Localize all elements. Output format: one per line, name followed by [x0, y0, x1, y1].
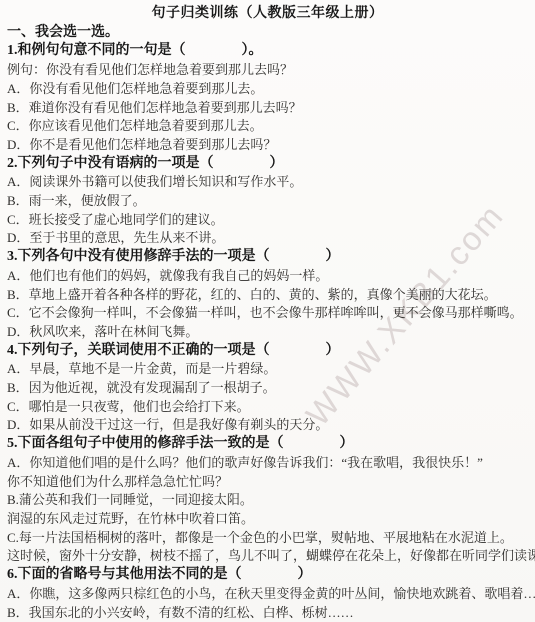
worksheet-content: 句子归类训练（人教版三年级上册） 一、我会选一选。 1.和例句句意不同的一句是（… [0, 5, 535, 622]
question-3-line-1: A．他们也有他们的妈妈，就像我有我自己的妈妈一样。 [0, 267, 535, 286]
question-6-stem: 6.下面的省略号与其他用法不同的是（ ） [0, 566, 535, 585]
question-block-3: 3.下列各句中没有使用修辞手法的一项是（ ）A．他们也有他们的妈妈，就像我有我自… [0, 248, 535, 342]
question-1-line-3: B．难道你没有看见他们怎样地急着要到那儿去吗？ [0, 99, 535, 118]
question-2-line-1: A．阅读课外书籍可以使我们增长知识和写作水平。 [0, 173, 535, 192]
question-2-line-2: B．雨一来，便放假了。 [0, 192, 535, 211]
question-6-line-1: A．你瞧，这多像两只棕红色的小鸟，在秋天里变得金黄的叶丛间，愉快地欢跳着、歌唱着… [0, 585, 535, 604]
question-5-line-4: 润湿的东风走过荒野，在竹林中吹着口笛。 [0, 510, 535, 529]
page-title: 句子归类训练（人教版三年级上册） [0, 5, 535, 24]
question-4-line-3: C．哪怕是一只夜莺，他们也会给打下来。 [0, 398, 535, 417]
question-2-line-3: C．班长接受了虚心地同学们的建议。 [0, 211, 535, 230]
question-2-line-4: D．至于书里的意思，先生从来不讲。 [0, 229, 535, 248]
question-3-line-2: B．草地上盛开着各种各样的野花，红的、白的、黄的、紫的，真像个美丽的大花坛。 [0, 286, 535, 305]
section-heading: 一、我会选一选。 [0, 24, 535, 43]
question-5-line-3: B.蒲公英和我们一同睡觉，一同迎接太阳。 [0, 491, 535, 510]
question-1-stem: 1.和例句句意不同的一句是（ ）。 [0, 42, 535, 61]
question-list: 1.和例句句意不同的一句是（ ）。例句：你没有看见他们怎样地急着要到那儿去吗？A… [0, 42, 535, 622]
worksheet-page: WWW.XKB1.com 句子归类训练（人教版三年级上册） 一、我会选一选。 1… [0, 0, 535, 622]
question-5-stem: 5.下面各组句子中使用的修辞手法一致的是（ ） [0, 435, 535, 454]
question-3-line-3: C．它不会像狗一样叫，不会像猫一样叫，也不会像牛那样哞哞叫，更不会像马那样嘶鸣。 [0, 304, 535, 323]
question-block-6: 6.下面的省略号与其他用法不同的是（ ）A．你瞧，这多像两只棕红色的小鸟，在秋天… [0, 566, 535, 622]
question-4-line-2: B．因为他近视，就没有发现漏刮了一根胡子。 [0, 379, 535, 398]
question-3-stem: 3.下列各句中没有使用修辞手法的一项是（ ） [0, 248, 535, 267]
question-5-line-1: A．你知道他们唱的是什么吗？他们的歌声好像告诉我们：“我在歌唱，我很快乐！” [0, 454, 535, 473]
question-3-line-4: D．秋风吹来，落叶在林间飞舞。 [0, 323, 535, 342]
question-5-line-6: 这时候，窗外十分安静，树枝不摇了，鸟儿不叫了，蝴蝶停在花朵上，好像都在听同学们读… [0, 547, 535, 566]
question-6-line-2: B．我国东北的小兴安岭，有数不清的红松、白桦、栎树…… [0, 604, 535, 622]
question-block-2: 2.下列句子中没有语病的一项是（ ）A．阅读课外书籍可以使我们增长知识和写作水平… [0, 155, 535, 249]
question-5-line-2: 你不知道他们为什么那样急急忙忙吗？ [0, 473, 535, 492]
question-4-line-4: D．如果从前没干过这一行，但是我好像有剃头的天分。 [0, 416, 535, 435]
question-1-line-4: C．你应该看见他们怎样地急着要到那儿去。 [0, 117, 535, 136]
question-block-1: 1.和例句句意不同的一句是（ ）。例句：你没有看见他们怎样地急着要到那儿去吗？A… [0, 42, 535, 154]
question-1-line-2: A．你没有看见他们怎样地急着要到那儿去。 [0, 80, 535, 99]
question-4-stem: 4.下列句子，关联词使用不正确的一项是（ ） [0, 342, 535, 361]
question-2-stem: 2.下列句子中没有语病的一项是（ ） [0, 155, 535, 174]
question-block-4: 4.下列句子，关联词使用不正确的一项是（ ）A．早晨，草地不是一片金黄，而是一片… [0, 342, 535, 436]
question-1-line-1: 例句：你没有看见他们怎样地急着要到那儿去吗？ [0, 61, 535, 80]
question-block-5: 5.下面各组句子中使用的修辞手法一致的是（ ）A．你知道他们唱的是什么吗？他们的… [0, 435, 535, 566]
question-4-line-1: A．早晨，草地不是一片金黄，而是一片碧绿。 [0, 360, 535, 379]
question-5-line-5: C.每一片法国梧桐树的落叶，都像是一个金色的小巴掌，熨帖地、平展地粘在水泥道上。 [0, 529, 535, 548]
question-1-line-5: D．你不是看见他们怎样地急着要到那儿去吗？ [0, 136, 535, 155]
